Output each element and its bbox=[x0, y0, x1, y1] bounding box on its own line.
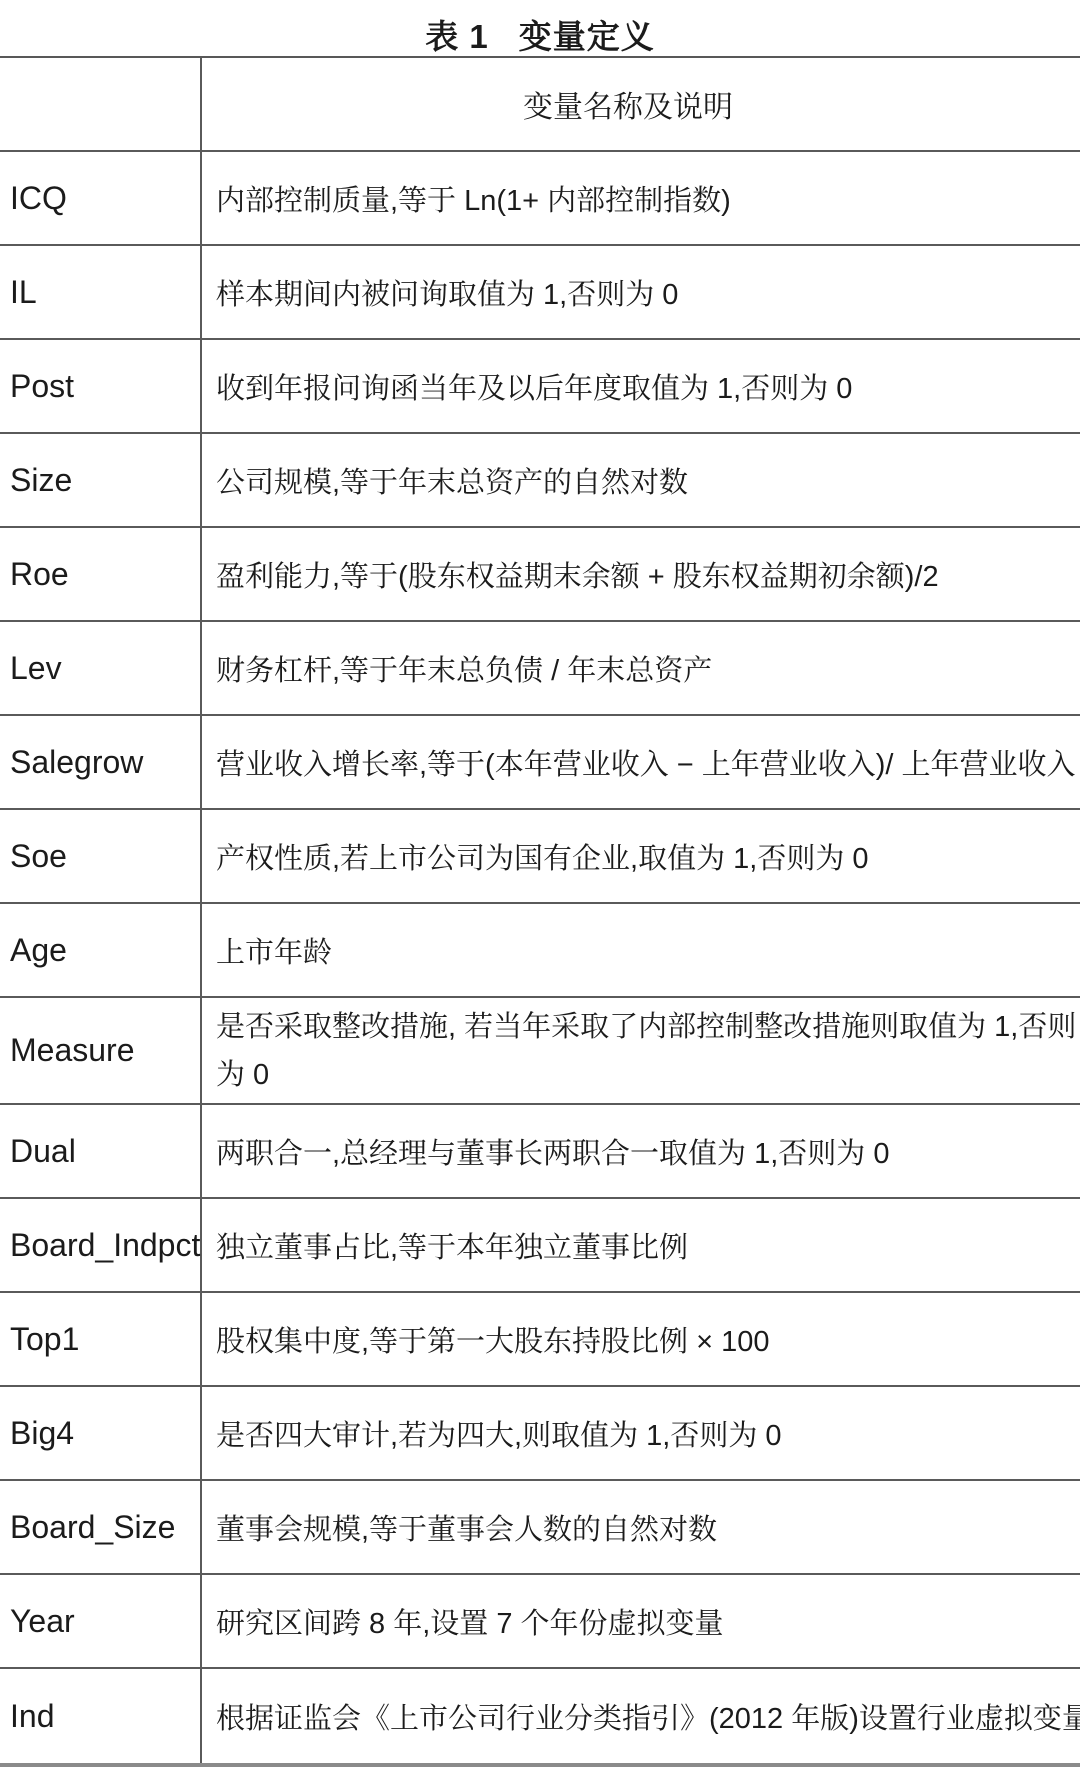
variable-name-cell: Measure bbox=[0, 998, 202, 1103]
variable-name-cell: Lev bbox=[0, 622, 202, 714]
table-row: Big4 是否四大审计,若为四大,则取值为 1,否则为 0 bbox=[0, 1387, 1080, 1481]
table-row: Top1 股权集中度,等于第一大股东持股比例 × 100 bbox=[0, 1293, 1080, 1387]
table-header-row: 变量名称及说明 bbox=[0, 58, 1080, 152]
variable-desc-cell: 样本期间内被问询取值为 1,否则为 0 bbox=[202, 246, 1080, 338]
variable-desc-cell: 是否采取整改措施, 若当年采取了内部控制整改措施则取值为 1,否则为 0 bbox=[202, 998, 1080, 1103]
variable-name-cell: Dual bbox=[0, 1105, 202, 1197]
variable-desc-cell: 是否四大审计,若为四大,则取值为 1,否则为 0 bbox=[202, 1387, 1080, 1479]
variable-name-cell: IL bbox=[0, 246, 202, 338]
table-row: Roe 盈利能力,等于(股东权益期末余额 + 股东权益期初余额)/2 bbox=[0, 528, 1080, 622]
header-label: 变量名称及说明 bbox=[202, 58, 1080, 150]
variable-desc-cell: 公司规模,等于年末总资产的自然对数 bbox=[202, 434, 1080, 526]
variable-name-cell: ICQ bbox=[0, 152, 202, 244]
variable-desc-cell: 内部控制质量,等于 Ln(1+ 内部控制指数) bbox=[202, 152, 1080, 244]
table-row: Age 上市年龄 bbox=[0, 904, 1080, 998]
variable-name-cell: Size bbox=[0, 434, 202, 526]
table-row: Size 公司规模,等于年末总资产的自然对数 bbox=[0, 434, 1080, 528]
header-empty-cell bbox=[0, 58, 202, 150]
table-row: ICQ 内部控制质量,等于 Ln(1+ 内部控制指数) bbox=[0, 152, 1080, 246]
table-row: Measure 是否采取整改措施, 若当年采取了内部控制整改措施则取值为 1,否… bbox=[0, 998, 1080, 1105]
table-number: 表 1 bbox=[425, 18, 489, 55]
document-page: 表 1变量定义 变量名称及说明 ICQ 内部控制质量,等于 Ln(1+ 内部控制… bbox=[0, 0, 1080, 1778]
table-row: Year 研究区间跨 8 年,设置 7 个年份虚拟变量 bbox=[0, 1575, 1080, 1669]
table-title-text: 变量定义 bbox=[519, 18, 655, 55]
variable-desc-cell: 盈利能力,等于(股东权益期末余额 + 股东权益期初余额)/2 bbox=[202, 528, 1080, 620]
variables-table: 变量名称及说明 ICQ 内部控制质量,等于 Ln(1+ 内部控制指数) IL 样… bbox=[0, 56, 1080, 1767]
variable-desc-cell: 收到年报问询函当年及以后年度取值为 1,否则为 0 bbox=[202, 340, 1080, 432]
variable-desc-cell: 两职合一,总经理与董事长两职合一取值为 1,否则为 0 bbox=[202, 1105, 1080, 1197]
variable-name-cell: Big4 bbox=[0, 1387, 202, 1479]
variable-name-cell: Roe bbox=[0, 528, 202, 620]
table-row: Dual 两职合一,总经理与董事长两职合一取值为 1,否则为 0 bbox=[0, 1105, 1080, 1199]
variable-desc-cell: 财务杠杆,等于年末总负债 / 年末总资产 bbox=[202, 622, 1080, 714]
table-row: Board_Indpct 独立董事占比,等于本年独立董事比例 bbox=[0, 1199, 1080, 1293]
variable-name-cell: Board_Size bbox=[0, 1481, 202, 1573]
table-row: Salegrow 营业收入增长率,等于(本年营业收入 − 上年营业收入)/ 上年… bbox=[0, 716, 1080, 810]
variable-name-cell: Ind bbox=[0, 1669, 202, 1763]
variable-desc-cell: 独立董事占比,等于本年独立董事比例 bbox=[202, 1199, 1080, 1291]
table-row: IL 样本期间内被问询取值为 1,否则为 0 bbox=[0, 246, 1080, 340]
variable-name-cell: Post bbox=[0, 340, 202, 432]
table-row: Ind 根据证监会《上市公司行业分类指引》(2012 年版)设置行业虚拟变量 bbox=[0, 1669, 1080, 1763]
variable-name-cell: Salegrow bbox=[0, 716, 202, 808]
variable-name-cell: Board_Indpct bbox=[0, 1199, 202, 1291]
table-row: Lev 财务杠杆,等于年末总负债 / 年末总资产 bbox=[0, 622, 1080, 716]
table-row: Board_Size 董事会规模,等于董事会人数的自然对数 bbox=[0, 1481, 1080, 1575]
variable-name-cell: Age bbox=[0, 904, 202, 996]
variable-name-cell: Top1 bbox=[0, 1293, 202, 1385]
variable-desc-cell: 上市年龄 bbox=[202, 904, 1080, 996]
table-row: Post 收到年报问询函当年及以后年度取值为 1,否则为 0 bbox=[0, 340, 1080, 434]
variable-desc-cell: 产权性质,若上市公司为国有企业,取值为 1,否则为 0 bbox=[202, 810, 1080, 902]
variable-name-cell: Year bbox=[0, 1575, 202, 1667]
variable-desc-cell: 根据证监会《上市公司行业分类指引》(2012 年版)设置行业虚拟变量 bbox=[202, 1669, 1080, 1763]
variable-desc-cell: 研究区间跨 8 年,设置 7 个年份虚拟变量 bbox=[202, 1575, 1080, 1667]
table-row: Soe 产权性质,若上市公司为国有企业,取值为 1,否则为 0 bbox=[0, 810, 1080, 904]
variable-desc-cell: 董事会规模,等于董事会人数的自然对数 bbox=[202, 1481, 1080, 1573]
table-title: 表 1变量定义 bbox=[0, 0, 1080, 56]
variable-desc-cell: 营业收入增长率,等于(本年营业收入 − 上年营业收入)/ 上年营业收入 bbox=[202, 716, 1080, 808]
variable-desc-cell: 股权集中度,等于第一大股东持股比例 × 100 bbox=[202, 1293, 1080, 1385]
variable-name-cell: Soe bbox=[0, 810, 202, 902]
